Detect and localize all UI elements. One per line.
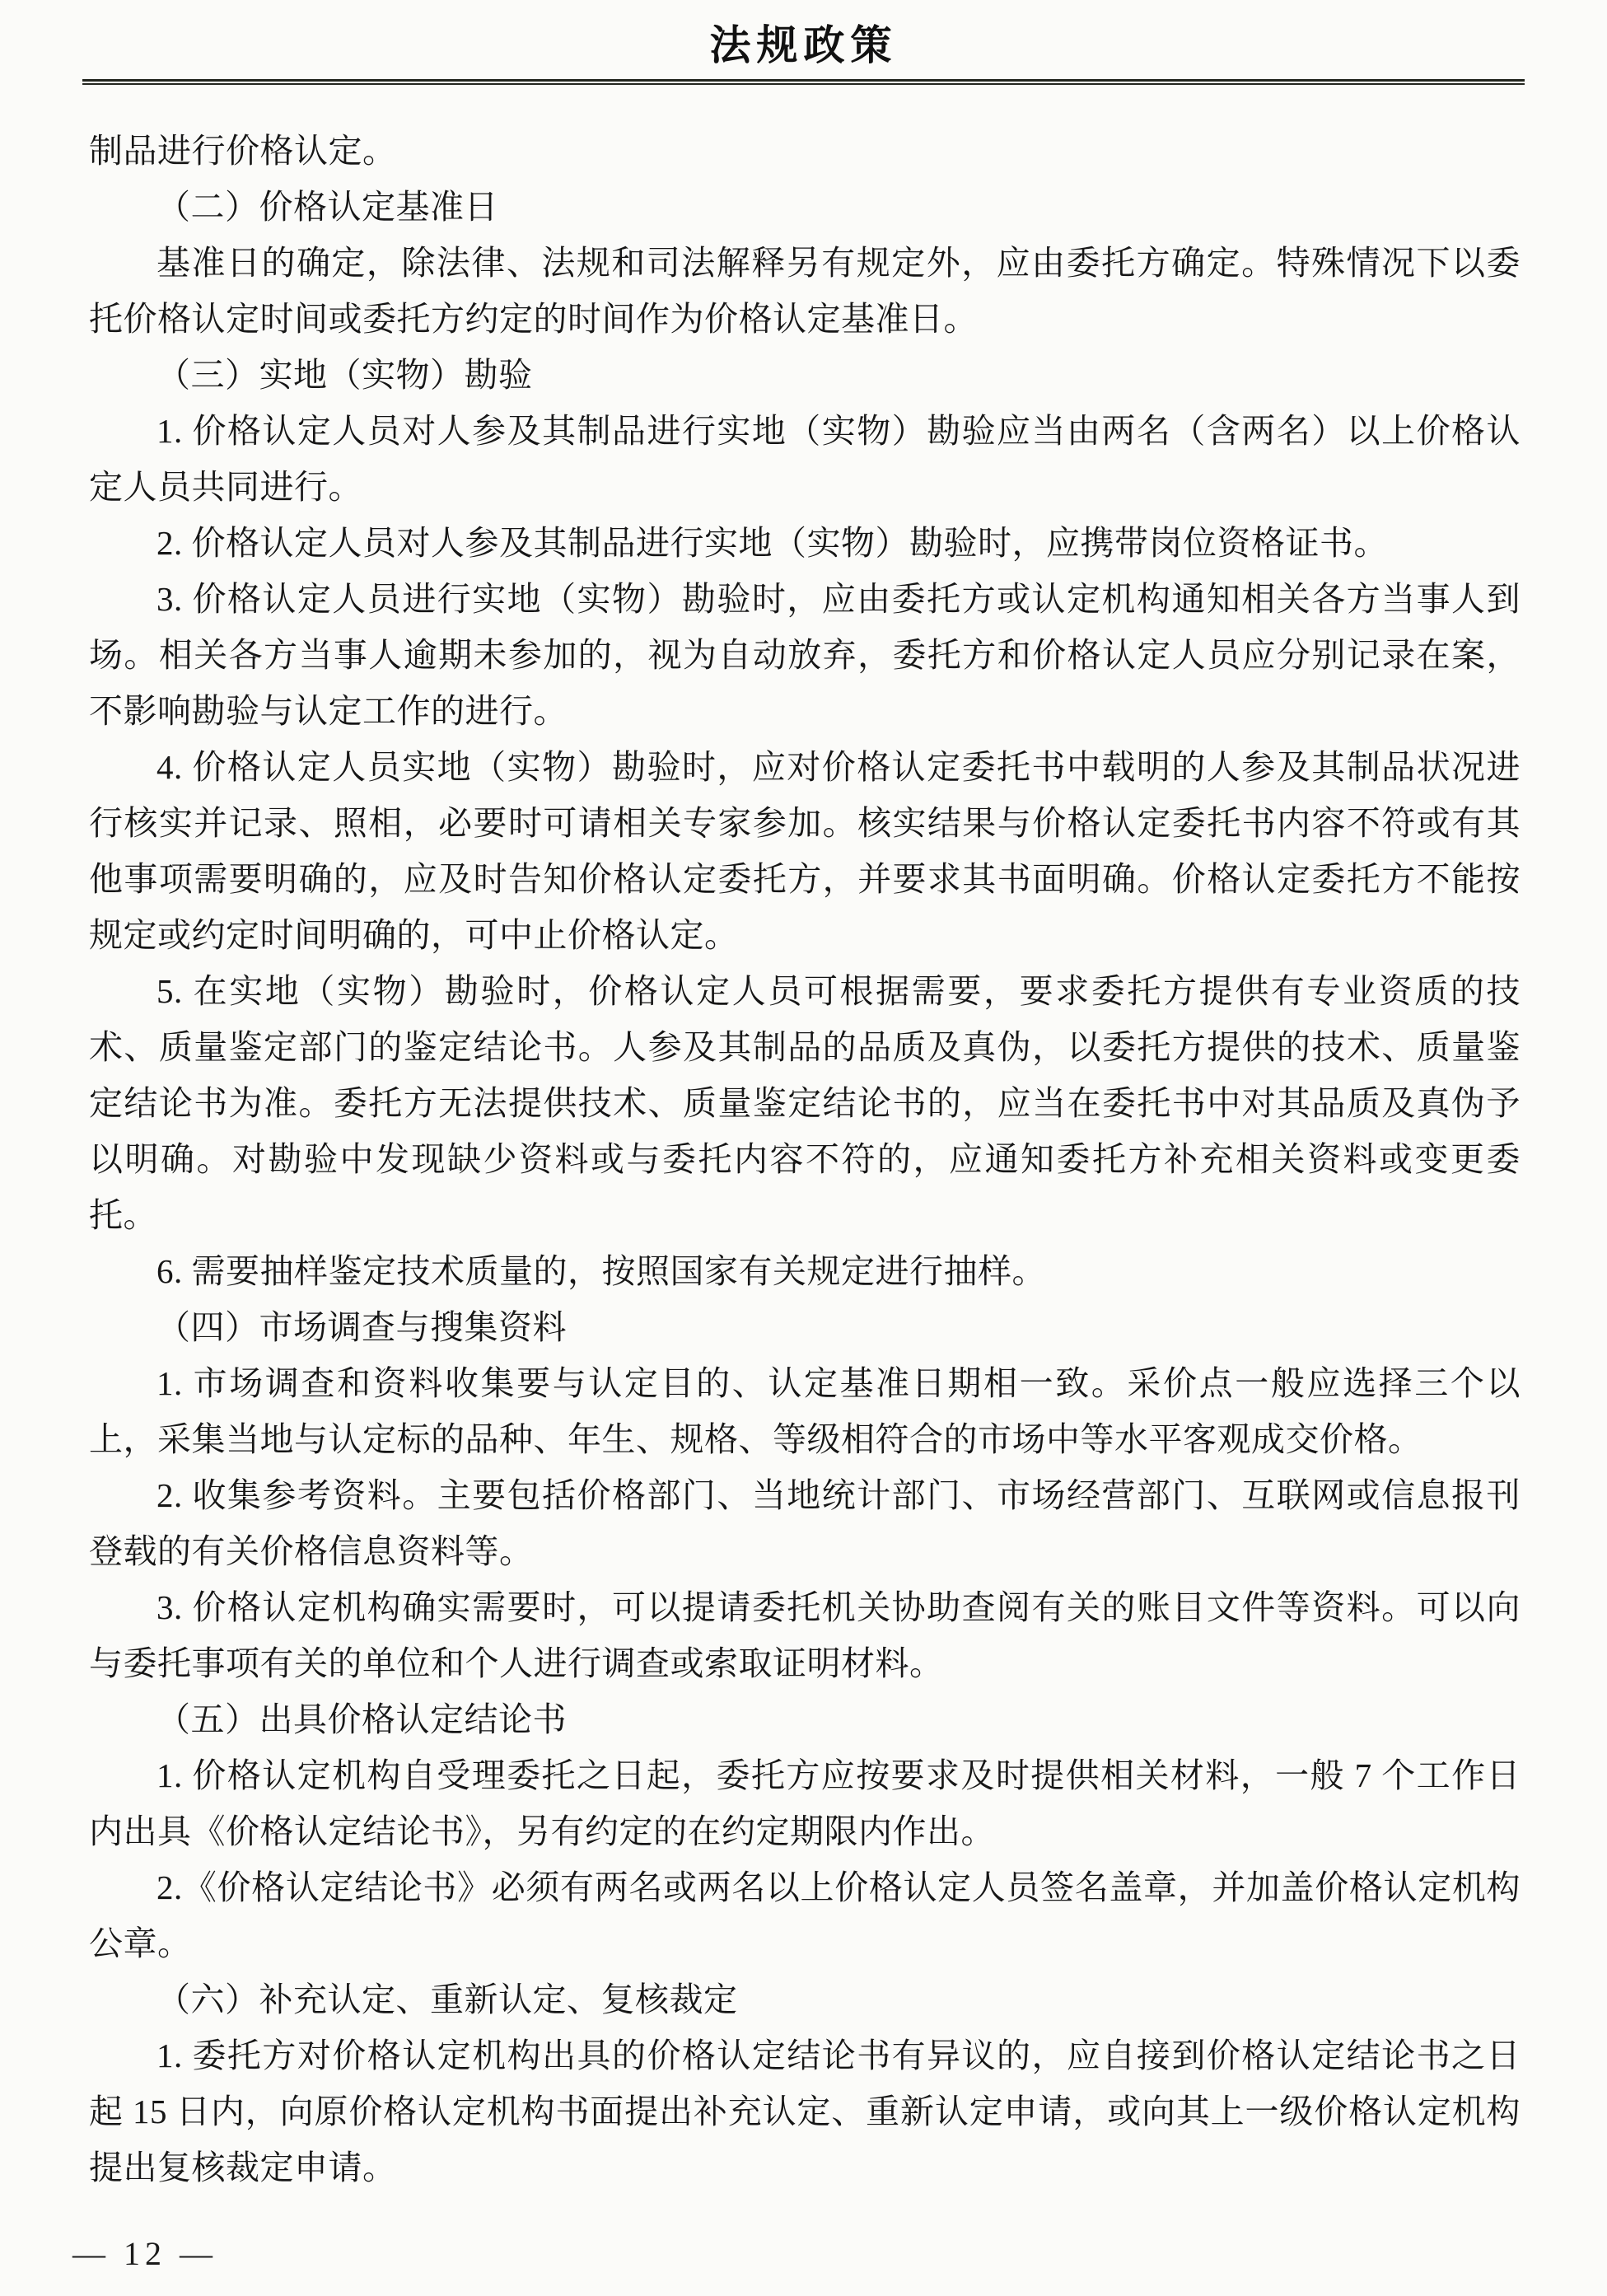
body-paragraph: 1. 价格认定机构自受理委托之日起，委托方应按要求及时提供相关材料，一般 7 个…	[89, 1747, 1521, 1859]
body-paragraph: 3. 价格认定机构确实需要时，可以提请委托机关协助查阅有关的账目文件等资料。可以…	[89, 1579, 1521, 1691]
body-paragraph: 2. 收集参考资料。主要包括价格部门、当地统计部门、市场经营部门、互联网或信息报…	[89, 1467, 1521, 1579]
body-paragraph: 4. 价格认定人员实地（实物）勘验时，应对价格认定委托书中载明的人参及其制品状况…	[89, 739, 1521, 963]
body-paragraph: 5. 在实地（实物）勘验时，价格认定人员可根据需要，要求委托方提供有专业资质的技…	[89, 963, 1521, 1243]
section-heading: （三）实地（实物）勘验	[89, 347, 1521, 403]
body-paragraph: 1. 委托方对价格认定机构出具的价格认定结论书有异议的，应自接到价格认定结论书之…	[89, 2027, 1521, 2195]
page-number: — 12 —	[72, 2234, 217, 2273]
body-paragraph: 1. 市场调查和资料收集要与认定目的、认定基准日期相一致。采价点一般应选择三个以…	[89, 1355, 1521, 1467]
body-paragraph: 6. 需要抽样鉴定技术质量的，按照国家有关规定进行抽样。	[89, 1243, 1521, 1299]
document-body: 制品进行价格认定。 （二）价格认定基准日 基准日的确定，除法律、法规和司法解释另…	[89, 85, 1521, 2195]
body-paragraph: 2.《价格认定结论书》必须有两名或两名以上价格认定人员签名盖章，并加盖价格认定机…	[89, 1859, 1521, 1971]
body-paragraph: 3. 价格认定人员进行实地（实物）勘验时，应由委托方或认定机构通知相关各方当事人…	[89, 571, 1521, 739]
header-divider-rule	[82, 79, 1525, 85]
body-paragraph: 基准日的确定，除法律、法规和司法解释另有规定外，应由委托方确定。特殊情况下以委托…	[89, 235, 1521, 347]
page-header-title: 法规政策	[0, 0, 1607, 69]
body-paragraph: 2. 价格认定人员对人参及其制品进行实地（实物）勘验时，应携带岗位资格证书。	[89, 515, 1521, 571]
scanned-document-page: 法规政策 制品进行价格认定。 （二）价格认定基准日 基准日的确定，除法律、法规和…	[0, 0, 1607, 2296]
section-heading: （四）市场调查与搜集资料	[89, 1299, 1521, 1355]
body-paragraph: 制品进行价格认定。	[89, 123, 1521, 179]
section-heading: （二）价格认定基准日	[89, 179, 1521, 235]
section-heading: （五）出具价格认定结论书	[89, 1691, 1521, 1747]
section-heading: （六）补充认定、重新认定、复核裁定	[89, 1971, 1521, 2027]
body-paragraph: 1. 价格认定人员对人参及其制品进行实地（实物）勘验应当由两名（含两名）以上价格…	[89, 403, 1521, 515]
